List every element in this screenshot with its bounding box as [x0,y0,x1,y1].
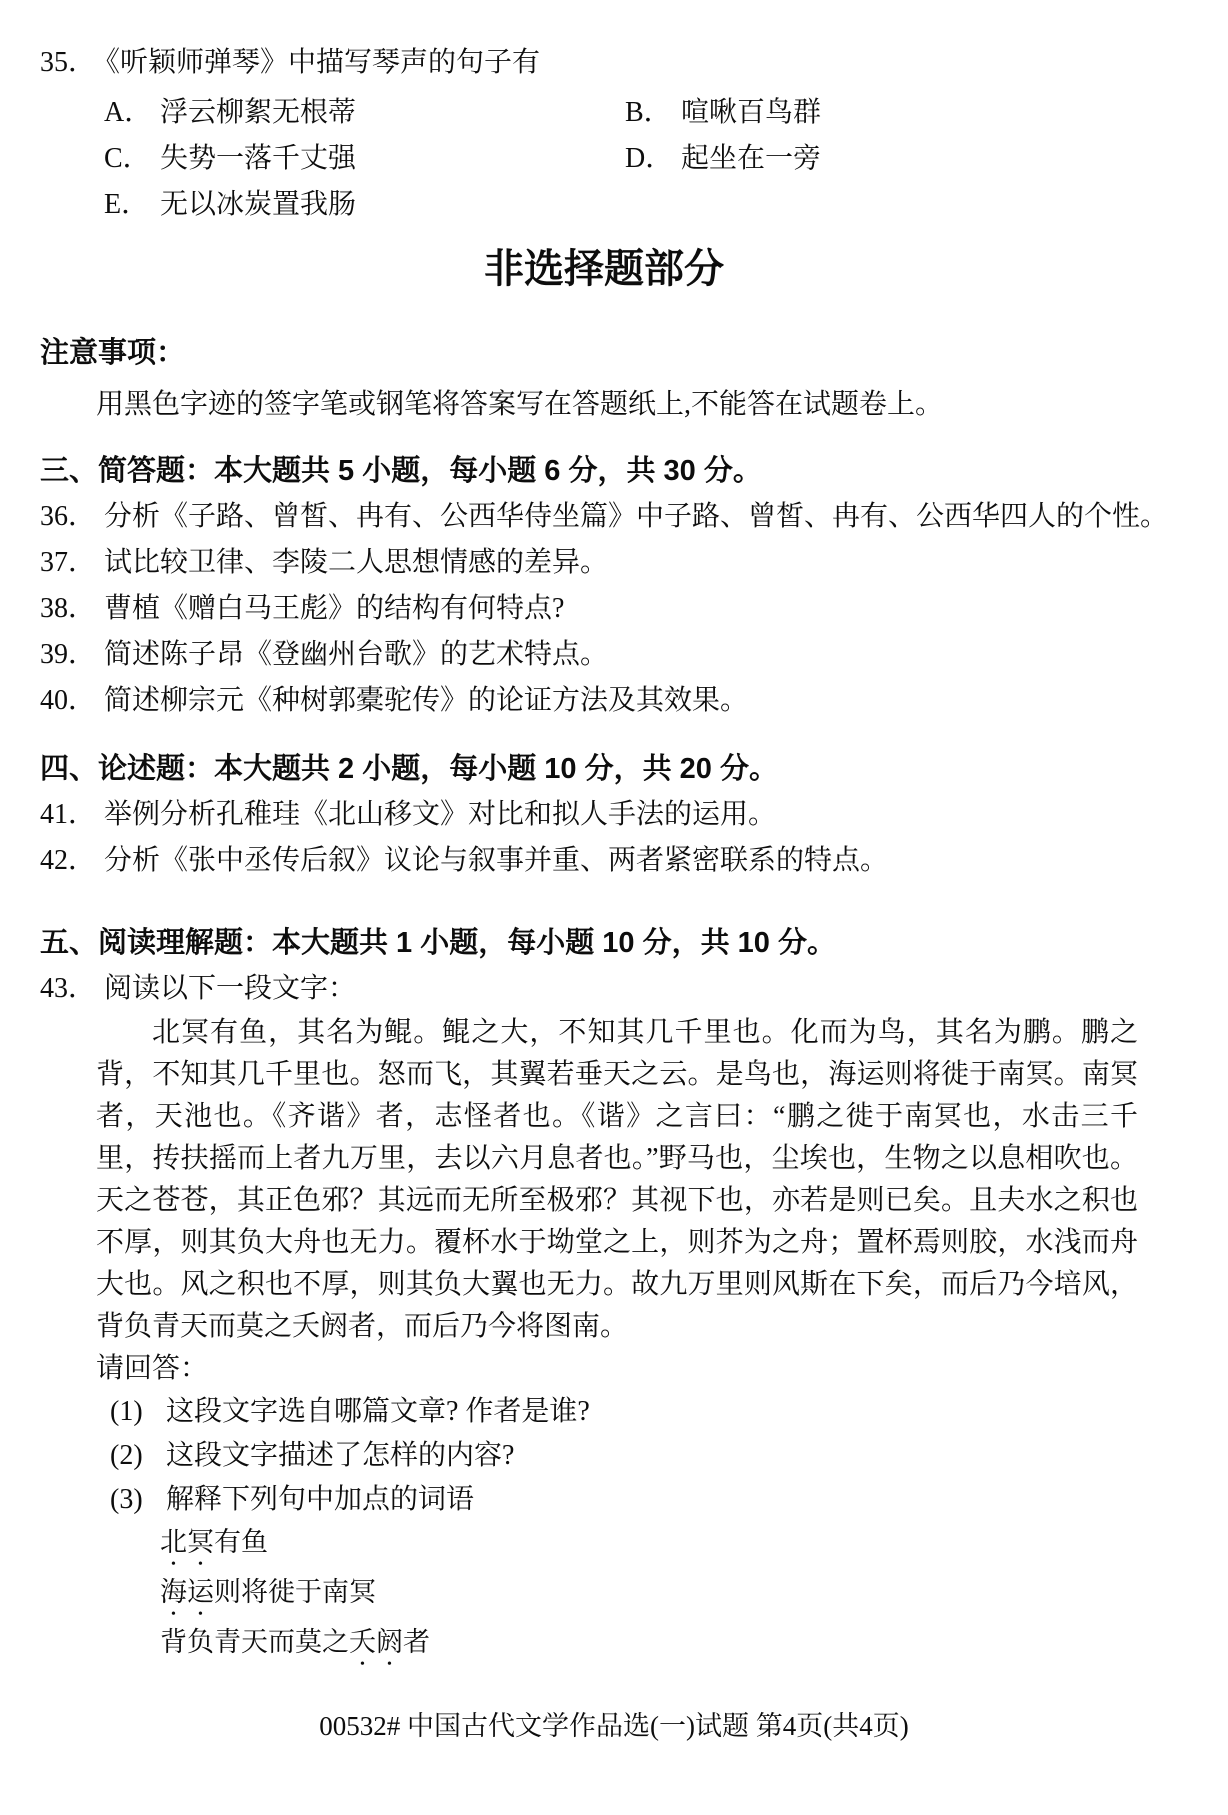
notice-title: 注意事项： [40,330,1168,376]
subquestion-2-text: 这段文字描述了怎样的内容? [166,1440,514,1471]
subquestion-1: (1)这段文字选自哪篇文章? 作者是谁? [110,1390,1168,1434]
section-5-header: 五、阅读理解题：本大题共 1 小题，每小题 10 分，共 10 分。 [40,920,1168,966]
question-43: 43．阅读以下一段文字： [40,966,1168,1012]
notice-body: 用黑色字迹的签字笔或钢笔将答案写在答题纸上,不能答在试题卷上。 [40,382,1168,428]
question-39-text: 简述陈子昂《登幽州台歌》的艺术特点。 [104,639,608,670]
option-e: E．无以冰炭置我肠 [104,182,625,228]
question-37-text: 试比较卫律、李陵二人思想情感的差异。 [104,547,608,578]
section-3-header: 三、简答题：本大题共 5 小题，每小题 6 分，共 30 分。 [40,448,1168,494]
question-42-number: 42． [40,838,104,884]
question-37-number: 37． [40,540,104,586]
option-b: B．喧啾百鸟群 [625,90,1168,136]
dotted-phrase-3-pre: 背负青天而莫之 [160,1627,349,1657]
section-4-header: 四、论述题：本大题共 2 小题，每小题 10 分，共 20 分。 [40,746,1168,792]
reading-passage: 北冥有鱼，其名为鲲。鲲之大，不知其几千里也。化而为鸟，其名为鹏。鹏之背，不知其几… [96,1012,1138,1348]
question-40: 40．简述柳宗元《种树郭橐驼传》的论证方法及其效果。 [40,678,1168,724]
option-c: C．失势一落千丈强 [104,136,625,182]
question-38-number: 38． [40,586,104,632]
page-footer: 00532# 中国古代文学作品选(一)试题 第4页(共4页) [0,1706,1228,1746]
question-42-text: 分析《张中丞传后叙》议论与叙事并重、两者紧密联系的特点。 [104,845,888,876]
question-38: 38．曹植《赠白马王彪》的结构有何特点? [40,586,1168,632]
option-d-text: 起坐在一旁 [681,143,821,174]
subquestion-2: (2)这段文字描述了怎样的内容? [110,1434,1168,1478]
question-43-number: 43． [40,966,104,1012]
option-d: D．起坐在一旁 [625,136,1168,182]
dotted-phrase-3: 背负青天而莫之夭阏者 [160,1622,1168,1672]
question-39-number: 39． [40,632,104,678]
question-43-text: 阅读以下一段文字： [104,973,356,1004]
question-36: 36．分析《子路、曾皙、冉有、公西华侍坐篇》中子路、曾皙、冉有、公西华四人的个性… [40,494,1168,540]
option-b-text: 喧啾百鸟群 [681,97,821,128]
question-41: 41．举例分析孔稚珪《北山移文》对比和拟人手法的运用。 [40,792,1168,838]
question-37: 37．试比较卫律、李陵二人思想情感的差异。 [40,540,1168,586]
dotted-phrase-2-emphasis: 海运 [160,1577,214,1607]
dotted-phrase-1-emphasis: 北冥 [160,1527,214,1557]
subquestion-3: (3)解释下列句中加点的词语 [110,1478,1168,1522]
question-36-number: 36． [40,494,104,540]
question-40-number: 40． [40,678,104,724]
reply-prompt: 请回答： [96,1348,1168,1390]
dotted-phrase-2-post: 则将徙于南冥 [214,1577,376,1607]
option-a: A．浮云柳絮无根蒂 [104,90,625,136]
question-39: 39．简述陈子昂《登幽州台歌》的艺术特点。 [40,632,1168,678]
option-b-label: B． [625,90,681,136]
option-a-label: A． [104,90,160,136]
question-36-text: 分析《子路、曾皙、冉有、公西华侍坐篇》中子路、曾皙、冉有、公西华四人的个性。 [104,501,1168,532]
question-35-stem: 《听颖师弹琴》中描写琴声的句子有 [92,47,540,78]
question-35-number: 35． [40,40,92,86]
dotted-phrase-2: 海运则将徙于南冥 [160,1572,1168,1622]
option-c-label: C． [104,136,160,182]
subquestion-1-number: (1) [110,1390,166,1434]
option-d-label: D． [625,136,681,182]
option-c-text: 失势一落千丈强 [160,143,356,174]
question-41-number: 41． [40,792,104,838]
question-42: 42．分析《张中丞传后叙》议论与叙事并重、两者紧密联系的特点。 [40,838,1168,884]
question-38-text: 曹植《赠白马王彪》的结构有何特点? [104,593,564,624]
subquestion-3-number: (3) [110,1478,166,1522]
exam-page: 35．《听颖师弹琴》中描写琴声的句子有 A．浮云柳絮无根蒂 B．喧啾百鸟群 C．… [0,0,1228,1815]
dotted-phrase-3-post: 者 [403,1627,430,1657]
option-e-label: E． [104,182,160,228]
dotted-phrase-1: 北冥有鱼 [160,1522,1168,1572]
question-35-options: A．浮云柳絮无根蒂 B．喧啾百鸟群 C．失势一落千丈强 D．起坐在一旁 E．无以… [104,90,1168,228]
subquestion-2-number: (2) [110,1434,166,1478]
dotted-phrase-3-emphasis: 夭阏 [349,1627,403,1657]
subquestion-3-text: 解释下列句中加点的词语 [166,1484,474,1515]
dotted-phrase-1-post: 有鱼 [214,1527,268,1557]
subquestion-1-text: 这段文字选自哪篇文章? 作者是谁? [166,1396,590,1427]
question-40-text: 简述柳宗元《种树郭橐驼传》的论证方法及其效果。 [104,685,748,716]
question-35: 35．《听颖师弹琴》中描写琴声的句子有 [40,40,1168,86]
section-heading: 非选择题部分 [40,242,1168,296]
option-e-text: 无以冰炭置我肠 [160,189,356,220]
question-41-text: 举例分析孔稚珪《北山移文》对比和拟人手法的运用。 [104,799,776,830]
option-a-text: 浮云柳絮无根蒂 [160,97,356,128]
